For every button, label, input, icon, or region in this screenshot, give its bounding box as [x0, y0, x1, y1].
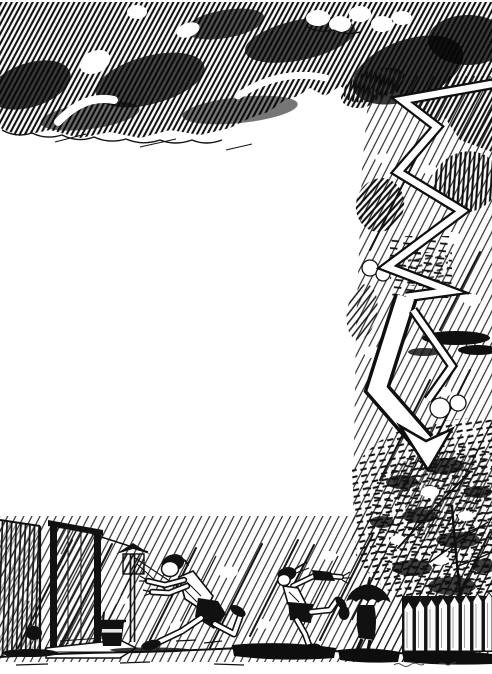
- flower-pot: [26, 626, 42, 640]
- bag: [339, 606, 350, 620]
- storm-illustration: Black-and-white pen-and-ink storybook il…: [0, 0, 492, 674]
- door-panel: [57, 528, 94, 646]
- picket-fence: [402, 593, 492, 653]
- illustration-page: Black-and-white pen-and-ink storybook il…: [0, 0, 492, 674]
